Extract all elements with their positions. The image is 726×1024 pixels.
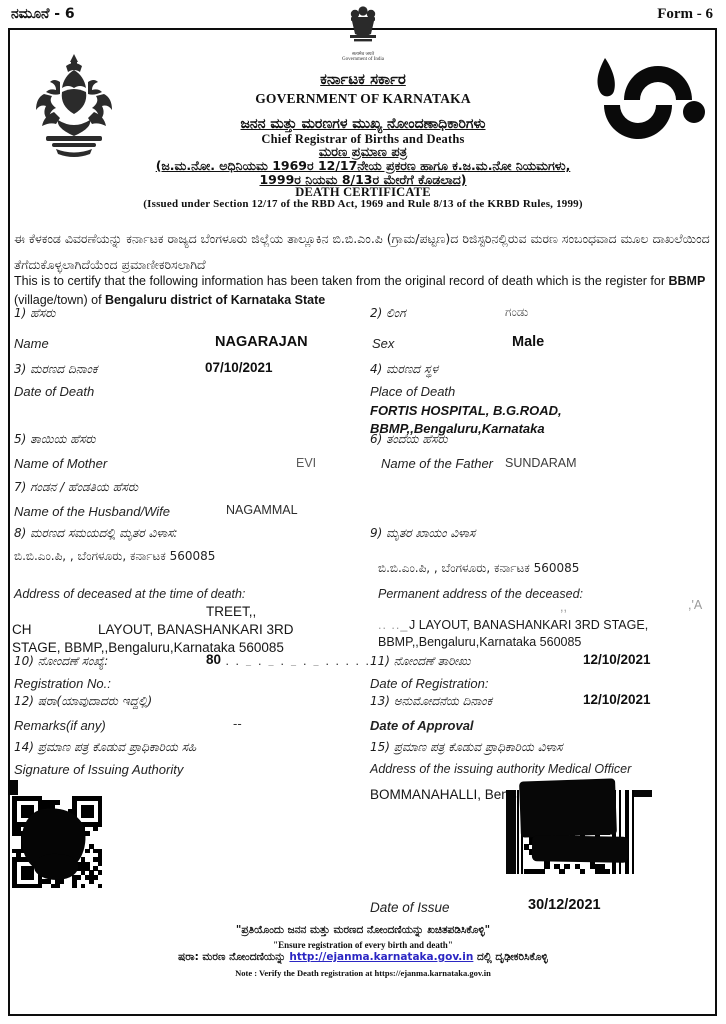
field6-label-english: Name of the Father xyxy=(381,456,493,471)
field12-value-remarks: -- xyxy=(233,716,242,731)
footer-kannada-quote: "ಪ್ರತಿಯೊಂದು ಜನನ ಮತ್ತು ಮರಣದ ನೋಂದಣಿಯನ್ನು ಖ… xyxy=(0,924,726,937)
address-death-line1: TREET,, xyxy=(206,603,256,621)
field13-label-kannada: 13) ಅನುಮೋದನೆಯ ದಿನಾಂಕ xyxy=(370,694,492,709)
address-perm-fragment2: ,'A xyxy=(688,597,702,615)
field14-label-english: Signature of Issuing Authority xyxy=(14,762,183,777)
field3-label-english: Date of Death xyxy=(14,384,94,399)
date-of-issue-value: 30/12/2021 xyxy=(528,897,601,913)
field9-value-kannada-address: ಬಿ.ಬಿ.ಎಂ.ಪಿ, , ಬೆಂಗಳೂರು, ಕರ್ನಾಟಕ 560085 xyxy=(378,561,579,576)
india-emblem: सत्यमेव जयते Government of India xyxy=(333,4,393,62)
field2-value-kannada: ಗಂಡು xyxy=(505,305,528,320)
address-death-line2b: LAYOUT, BANASHANKARI 3RD xyxy=(98,621,294,639)
field9-label-english: Permanent address of the deceased: xyxy=(378,587,583,601)
field2-label-kannada: 2) ಲಿಂಗ xyxy=(370,306,406,321)
field8-value-kannada-address: ಬಿ.ಬಿ.ಎಂ.ಪಿ, , ಬೆಂಗಳೂರು, ಕರ್ನಾಟಕ 560085 xyxy=(14,549,215,564)
field11-label-english: Date of Registration: xyxy=(370,676,489,691)
govt-english-title: GOVERNMENT OF KARNATAKA xyxy=(0,91,726,107)
certify-en-part2: (village/town) of xyxy=(14,293,105,307)
goi-caption: Government of India xyxy=(333,57,393,62)
registration-no-redaction: . . _ . _ . _ . _ . . . . . xyxy=(226,657,371,667)
field13-label-english: Date of Approval xyxy=(370,718,474,733)
field7-label-kannada: 7) ಗಂಡನ / ಹೆಂಡತಿಯ ಹೆಸರು xyxy=(14,480,138,495)
certify-statement-english: This is to certify that the following in… xyxy=(14,272,706,310)
field14-label-kannada: 14) ಪ್ರಮಾಣ ಪತ್ರ ಕೊಡುವ ಪ್ರಾಧಿಕಾರಿಯ ಸಹಿ xyxy=(14,740,196,755)
ejanma-link[interactable]: http://ejanma.karnataka.gov.in xyxy=(289,951,473,963)
verify-prefix: ಷರಾ: ಮರಣ ನೋಂದಣಿಯನ್ನು xyxy=(178,951,289,963)
address-death-line2a: CH xyxy=(12,621,32,639)
field5-label-english: Name of Mother xyxy=(14,456,107,471)
field12-label-english: Remarks(if any) xyxy=(14,718,106,733)
field10-label-english: Registration No.: xyxy=(14,676,111,691)
date-of-issue-label: Date of Issue xyxy=(370,900,450,915)
field3-value-date-of-death: 07/10/2021 xyxy=(205,360,273,375)
field4-label-kannada: 4) ಮರಣದ ಸ್ಥಳ xyxy=(370,362,438,377)
signature-qr-code xyxy=(12,796,102,888)
field8-label-english: Address of deceased at the time of death… xyxy=(14,587,245,601)
field2-value-sex: Male xyxy=(512,334,544,350)
field1-label-kannada: 1) ಹೆಸರು xyxy=(14,306,55,321)
field12-label-kannada: 12) ಷರಾ(ಯಾವುದಾದರು ಇದ್ದಲ್ಲಿ) xyxy=(14,694,152,709)
issuer-barcode xyxy=(506,790,646,874)
ashoka-lion-capital-icon xyxy=(346,4,380,46)
field7-value-spouse: NAGAMMAL xyxy=(226,503,298,517)
field11-label-kannada: 11) ನೋಂದಣೆ ತಾರೀಖು xyxy=(370,654,471,669)
field2-label-english: Sex xyxy=(372,336,394,351)
footer-note: Note : Verify the Death registration at … xyxy=(0,968,726,978)
form-number-kannada: ನಮೂನೆ - 6 xyxy=(11,6,75,22)
registrar-kannada: ಜನನ ಮತ್ತು ಮರಣಗಳ ಮುಖ್ಯ ನೋಂದಣಾಧಿಕಾರಿಗಳು xyxy=(0,116,726,132)
govt-kannada-title: ಕರ್ನಾಟಕ ಸರ್ಕಾರ xyxy=(0,70,726,88)
barcode-left-bar xyxy=(506,790,516,874)
verify-suffix: ದಲ್ಲಿ ದೃಢೀಕರಿಸಿಕೊಳ್ಳಿ xyxy=(473,951,547,963)
barcode-redaction-2 xyxy=(532,835,628,863)
field3-label-kannada: 3) ಮರಣದ ದಿನಾಂಕ xyxy=(14,362,97,377)
field15-label-english: Address of the issuing authority Medical… xyxy=(370,762,631,776)
left-edge-redaction xyxy=(8,780,18,795)
death-certificate-page: ನಮೂನೆ - 6 Form - 6 सत्यमेव जयते Governme… xyxy=(0,0,726,1024)
act-english: (Issued under Section 12/17 of the RBD A… xyxy=(0,198,726,210)
field11-value-registration-date: 12/10/2021 xyxy=(583,652,651,667)
field4-label-english: Place of Death xyxy=(370,384,455,399)
form-number-english: Form - 6 xyxy=(657,6,713,23)
field5-label-kannada: 5) ತಾಯಿಯ ಹೆಸರು xyxy=(14,432,96,447)
field10-label-kannada: 10) ನೋಂದಣೆ ಸಂಖ್ಯೆ: xyxy=(14,654,108,669)
field15-label-kannada: 15) ಪ್ರಮಾಣ ಪತ್ರ ಕೊಡುವ ಪ್ರಾಧಿಕಾರಿಯ ವಿಳಾಸ xyxy=(370,740,563,755)
field13-value-approval-date: 12/10/2021 xyxy=(583,692,651,707)
field9-label-kannada: 9) ಮೃತರ ಖಾಯಂ ವಿಳಾಸ xyxy=(370,526,475,541)
address-perm-fragment1: ,, xyxy=(560,599,567,617)
field1-label-english: Name xyxy=(14,336,49,351)
barcode-redaction-1 xyxy=(519,778,617,837)
certify-en-bold1: BBMP xyxy=(669,274,706,288)
field1-value-name: NAGARAJAN xyxy=(215,334,308,350)
certify-en-bold2: Bengaluru district of Karnataka State xyxy=(105,293,325,307)
field7-label-english: Name of the Husband/Wife xyxy=(14,504,170,519)
certify-en-part1: This is to certify that the following in… xyxy=(14,274,669,288)
address-perm-line3: BBMP,,Bengaluru,Karnataka 560085 xyxy=(378,634,581,652)
address-perm-line2: J LAYOUT, BANASHANKARI 3RD STAGE, xyxy=(409,617,648,635)
address-perm-erased-prefix: .. .._ xyxy=(378,617,408,635)
field6-value-father: SUNDARAM xyxy=(505,456,577,470)
footer-verify-line: ಷರಾ: ಮರಣ ನೋಂದಣಿಯನ್ನು http://ejanma.karna… xyxy=(0,951,726,964)
field10-value-registration-no: 80 xyxy=(206,652,221,667)
field5-value-mother: EVI xyxy=(296,456,316,470)
certify-statement-kannada: ಈ ಕೆಳಕಂಡ ವಿವರಣೆಯನ್ನು ಕರ್ನಾಟಕ ರಾಜ್ಯದ ಬೆಂಗ… xyxy=(14,226,712,277)
place-of-death-line1: FORTIS HOSPITAL, B.G.ROAD, xyxy=(370,402,562,420)
field6-label-kannada: 6) ತಂದೆಯ ಹೆಸರು xyxy=(370,432,448,447)
footer-english-quote: "Ensure registration of every birth and … xyxy=(0,940,726,950)
field8-label-kannada: 8) ಮರಣದ ಸಮಯದಲ್ಲಿ ಮೃತರ ವಿಳಾಸ: xyxy=(14,526,178,541)
